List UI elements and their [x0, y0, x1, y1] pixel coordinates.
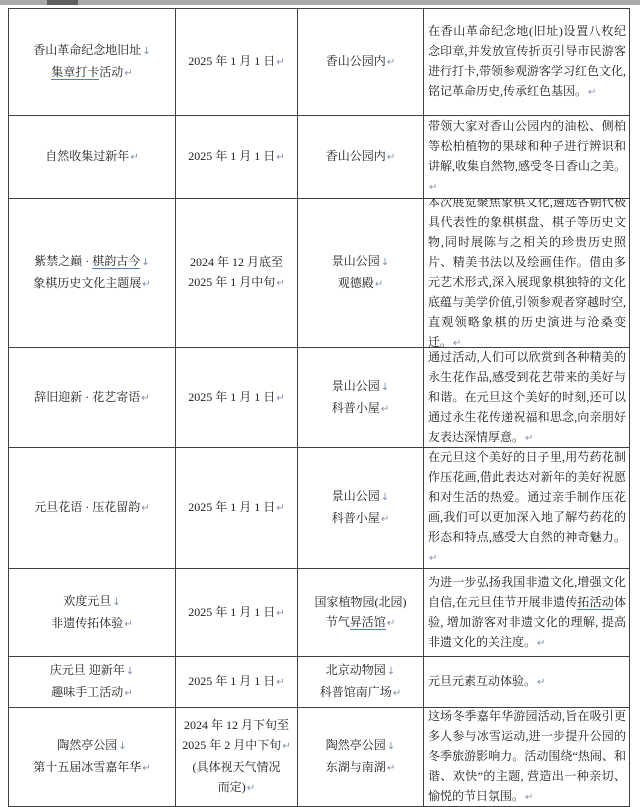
cell-activity: 元旦花语 · 压花留韵↵ [9, 448, 176, 568]
text-run: 带领大家对香山公园内的油松、侧柏等松柏植物的果球和种子进行辨识和讲解,收集自然物… [428, 119, 626, 173]
description-paragraph: 带领大家对香山公园内的油松、侧柏等松柏植物的果球和种子进行辨识和讲解,收集自然物… [428, 116, 626, 198]
text-run: 辞旧迎新 · 花艺寄语 [34, 390, 140, 404]
location-line: 香山公园内↵ [300, 146, 421, 168]
description-paragraph: 在元旦这个美好的日子里,用芍药花制作压花画,借此表达对新年的美好祝愿和对生活的热… [428, 448, 626, 568]
cell-end-mark-icon: ↵ [452, 338, 461, 347]
text-run: 第十五届冰雪嘉年华 [33, 760, 141, 774]
text-run: 观德殿 [338, 276, 374, 290]
text-run: 东湖与南湖 [326, 760, 386, 774]
table-row: 自然收集过新年↵2025 年 1 月 1 日↵香山公园内↵带领大家对香山公园内的… [9, 116, 629, 199]
location-line: 国家植物园(北园) [300, 592, 421, 612]
cell-activity: 辞旧迎新 · 花艺寄语↵ [9, 348, 176, 447]
cell-end-mark-icon: ↵ [123, 619, 132, 630]
text-run: 2024 年 12 月底至 [190, 255, 283, 269]
text-run: 国家植物园(北园) [315, 595, 407, 609]
text-run: 2024 年 12 月下旬至 [184, 718, 289, 732]
cell-end-mark-icon: ↵ [374, 279, 383, 290]
linebreak-mark-icon: ↓ [141, 46, 150, 57]
cell-end-mark-icon: ↵ [141, 279, 150, 290]
cell-activity: 自然收集过新年↵ [9, 116, 176, 198]
location-line: 科普小屋↵ [300, 508, 421, 530]
text-run: 通过活动,人们可以欣赏到各种精美的永生花作品,感受到花艺带来的美好与和谐。在元旦… [428, 350, 626, 444]
linebreak-mark-icon: ↓ [380, 492, 389, 503]
date-line: 2024 年 12 月底至 [178, 252, 295, 272]
text-run: 2025 年 1 月 1 日 [188, 605, 275, 619]
text-run: 科普馆南广场 [320, 685, 392, 699]
cell-date: 2024 年 12 月底至2025 年 1 月中旬↵ [176, 199, 298, 347]
cell-location: 香山公园内↵ [298, 9, 424, 115]
cell-description: 通过活动,人们可以欣赏到各种精美的永生花作品,感受到花艺带来的美好与和谐。在元旦… [424, 348, 629, 447]
cell-activity: 紫禁之巅 · 棋韵古今↓象棋历史文化主题展↵ [9, 199, 176, 347]
cell-end-mark-icon: ↵ [386, 763, 395, 774]
cell-end-mark-icon: ↵ [428, 182, 437, 193]
cell-end-mark-icon: ↵ [587, 87, 596, 98]
activity-line: 香山革命纪念地旧址↓ [11, 40, 173, 62]
text-run: 元旦元素互动体验。 [428, 674, 536, 688]
linebreak-mark-icon: ↓ [140, 257, 149, 268]
text-run: 陶然亭公园 [57, 738, 117, 752]
text-run: 2025 年 1 月中旬 [188, 275, 275, 289]
text-run: 在香山革命纪念地(旧址)设置八枚纪念印章,并发放宣传折页引导市民游客进行打卡,带… [428, 24, 626, 98]
text-run: 这场冬季嘉年华游园活动,旨在吸引更多人参与冰雪运动,进一步提升公园的冬季旅游影响… [428, 709, 626, 803]
cell-date: 2024 年 12 月下旬至2025 年 2 月中下旬↵(具体视天气情况而定)↵ [176, 708, 298, 806]
cell-end-mark-icon: ↵ [246, 783, 255, 794]
linebreak-mark-icon: ↓ [386, 741, 395, 752]
cell-end-mark-icon: ↵ [392, 688, 401, 699]
text-run: 香山革命纪念地旧址 [33, 43, 141, 57]
cell-end-mark-icon: ↵ [386, 57, 395, 68]
cell-description: 带领大家对香山公园内的油松、侧柏等松柏植物的果球和种子进行辨识和讲解,收集自然物… [424, 116, 629, 198]
text-run: 节气 [326, 615, 350, 629]
text-run: 而定) [218, 780, 246, 794]
text-run: 非遗传拓体验 [51, 616, 123, 630]
date-line: 2025 年 1 月 1 日↵ [178, 51, 295, 73]
linebreak-mark-icon: ↓ [111, 597, 120, 608]
text-run: 景山公园 [332, 379, 380, 393]
text-run: 2025 年 1 月 1 日 [188, 500, 275, 514]
cell-end-mark-icon: ↵ [275, 608, 284, 619]
cell-end-mark-icon: ↵ [386, 618, 395, 629]
date-line: 2025 年 1 月 1 日↵ [178, 146, 295, 168]
cell-description: 在元旦这个美好的日子里,用芍药花制作压花画,借此表达对新年的美好祝愿和对生活的热… [424, 448, 629, 568]
cell-description: 在香山革命纪念地(旧址)设置八枚纪念印章,并发放宣传折页引导市民游客进行打卡,带… [424, 9, 629, 115]
text-run: 2025 年 1 月 1 日 [188, 674, 275, 688]
table-row: 陶然亭公园↓第十五届冰雪嘉年华↵2024 年 12 月下旬至2025 年 2 月… [9, 708, 629, 806]
date-line: 2025 年 1 月 1 日↵ [178, 387, 295, 409]
hyperlink[interactable]: 集章打卡 [51, 65, 99, 80]
activity-line: 象棋历史文化主题展↵ [11, 273, 173, 295]
text-run: 香山公园内 [326, 54, 386, 68]
table-row: 紫禁之巅 · 棋韵古今↓象棋历史文化主题展↵2024 年 12 月底至2025 … [9, 199, 629, 348]
table-row: 元旦花语 · 压花留韵↵2025 年 1 月 1 日↵景山公园↓科普小屋↵在元旦… [9, 448, 629, 569]
cell-end-mark-icon: ↵ [536, 638, 545, 649]
activity-line: 陶然亭公园↓ [11, 735, 173, 757]
text-run: 2025 年 1 月 1 日 [188, 390, 275, 404]
location-line: 节气昇活馆↵ [300, 612, 421, 634]
text-run: 活动 [99, 65, 123, 79]
cell-end-mark-icon: ↵ [140, 503, 149, 514]
table-row: 辞旧迎新 · 花艺寄语↵2025 年 1 月 1 日↵景山公园↓科普小屋↵通过活… [9, 348, 629, 448]
location-line: 景山公园↓ [300, 376, 421, 398]
location-line: 景山公园↓ [300, 486, 421, 508]
linebreak-mark-icon: ↓ [380, 382, 389, 393]
page-top-edge [0, 0, 640, 5]
cell-end-mark-icon: ↵ [275, 278, 284, 289]
text-run: 欢度元旦 [63, 594, 111, 608]
cell-end-mark-icon: ↵ [380, 404, 389, 415]
cell-description: 元旦元素互动体验。↵ [424, 657, 629, 707]
linebreak-mark-icon: ↓ [125, 666, 134, 677]
text-run: 元旦花语 · 压花留韵 [34, 500, 140, 514]
hyperlink[interactable]: 棋韵古今 [92, 254, 140, 269]
location-line: 景山公园↓ [300, 251, 421, 273]
text-run: 景山公园 [332, 254, 380, 268]
text-run: 2025 年 2 月中下旬 [182, 738, 281, 752]
events-table: 香山革命纪念地旧址↓集章打卡活动↵2025 年 1 月 1 日↵香山公园内↵在香… [8, 8, 630, 807]
cell-end-mark-icon: ↵ [129, 152, 138, 163]
activity-line: 集章打卡活动↵ [11, 62, 173, 84]
location-line: 观德殿↵ [300, 273, 421, 295]
activity-line: 元旦花语 · 压花留韵↵ [11, 497, 173, 519]
text-run: 香山公园内 [326, 149, 386, 163]
location-line: 香山公园内↵ [300, 51, 421, 73]
text-run: 象棋历史文化主题展 [33, 276, 141, 290]
description-paragraph: 为进一步弘扬我国非遗文化,增强文化自信,在元旦佳节开展非遗传拓活动体验, 增加游… [428, 572, 626, 654]
activity-line: 趣味手工活动↵ [11, 682, 173, 704]
description-paragraph: 元旦元素互动体验。↵ [428, 671, 626, 693]
hyperlink[interactable]: 拓活动 [577, 595, 614, 610]
cell-description: 为进一步弘扬我国非遗文化,增强文化自信,在元旦佳节开展非遗传拓活动体验, 增加游… [424, 569, 629, 656]
text-run: 陶然亭公园 [326, 738, 386, 752]
text-run: 2025 年 1 月 1 日 [188, 149, 275, 163]
description-paragraph: 通过活动,人们可以欣赏到各种精美的永生花作品,感受到花艺带来的美好与和谐。在元旦… [428, 348, 626, 447]
cell-activity: 庆元旦 迎新年↓趣味手工活动↵ [9, 657, 176, 707]
date-line: 2025 年 1 月中旬↵ [178, 272, 295, 294]
text-run: 自然收集过新年 [45, 149, 129, 163]
text-run: 趣味手工活动 [51, 685, 123, 699]
cell-date: 2025 年 1 月 1 日↵ [176, 657, 298, 707]
cell-location: 香山公园内↵ [298, 116, 424, 198]
activity-line: 紫禁之巅 · 棋韵古今↓ [11, 251, 173, 273]
cell-end-mark-icon: ↵ [524, 792, 533, 803]
cell-end-mark-icon: ↵ [386, 152, 395, 163]
linebreak-mark-icon: ↓ [117, 741, 126, 752]
cell-end-mark-icon: ↵ [140, 393, 149, 404]
cell-end-mark-icon: ↵ [428, 553, 437, 564]
text-run: 2025 年 1 月 1 日 [188, 54, 275, 68]
cell-location: 景山公园↓观德殿↵ [298, 199, 424, 347]
cell-date: 2025 年 1 月 1 日↵ [176, 448, 298, 568]
page-top-edge-notch [47, 0, 78, 5]
date-line: 而定)↵ [178, 777, 295, 799]
cell-end-mark-icon: ↵ [123, 688, 132, 699]
linebreak-mark-icon: ↓ [380, 257, 389, 268]
activity-line: 庆元旦 迎新年↓ [11, 660, 173, 682]
cell-end-mark-icon: ↵ [524, 433, 533, 444]
location-line: 东湖与南湖↵ [300, 757, 421, 779]
location-line: 科普小屋↵ [300, 398, 421, 420]
date-line: 2025 年 1 月 1 日↵ [178, 671, 295, 693]
text-run: 科普小屋 [332, 401, 380, 415]
cell-activity: 陶然亭公园↓第十五届冰雪嘉年华↵ [9, 708, 176, 806]
cell-date: 2025 年 1 月 1 日↵ [176, 569, 298, 656]
cell-end-mark-icon: ↵ [123, 68, 132, 79]
location-line: 陶然亭公园↓ [300, 735, 421, 757]
activity-line: 第十五届冰雪嘉年华↵ [11, 757, 173, 779]
cell-location: 北京动物园↓科普馆南广场↵ [298, 657, 424, 707]
hyperlink[interactable]: 昇活馆 [350, 615, 386, 630]
cell-end-mark-icon: ↵ [141, 763, 150, 774]
linebreak-mark-icon: ↓ [386, 666, 395, 677]
text-run: 北京动物园 [326, 663, 386, 677]
text-run: 在元旦这个美好的日子里,用芍药花制作压花画,借此表达对新年的美好祝愿和对生活的热… [428, 450, 626, 544]
table-row: 庆元旦 迎新年↓趣味手工活动↵2025 年 1 月 1 日↵北京动物园↓科普馆南… [9, 657, 629, 708]
cell-end-mark-icon: ↵ [275, 152, 284, 163]
date-line: 2025 年 2 月中下旬↵ [178, 735, 295, 757]
cell-end-mark-icon: ↵ [281, 741, 290, 752]
activity-line: 辞旧迎新 · 花艺寄语↵ [11, 387, 173, 409]
location-line: 科普馆南广场↵ [300, 682, 421, 704]
cell-end-mark-icon: ↵ [275, 503, 284, 514]
cell-activity: 欢度元旦↓非遗传拓体验↵ [9, 569, 176, 656]
date-line: 2024 年 12 月下旬至 [178, 715, 295, 735]
table-row: 欢度元旦↓非遗传拓体验↵2025 年 1 月 1 日↵国家植物园(北园)节气昇活… [9, 569, 629, 657]
table-row: 香山革命纪念地旧址↓集章打卡活动↵2025 年 1 月 1 日↵香山公园内↵在香… [9, 9, 629, 116]
description-paragraph: 在香山革命纪念地(旧址)设置八枚纪念印章,并发放宣传折页引导市民游客进行打卡,带… [428, 21, 626, 103]
cell-location: 景山公园↓科普小屋↵ [298, 348, 424, 447]
location-line: 北京动物园↓ [300, 660, 421, 682]
cell-description: 本次展览聚焦象棋文化,遴选各朝代极具代表性的象棋棋盘、棋子等历史文物,同时展陈与… [424, 199, 629, 347]
text-run: 科普小屋 [332, 511, 380, 525]
cell-end-mark-icon: ↵ [380, 514, 389, 525]
date-line: 2025 年 1 月 1 日↵ [178, 602, 295, 624]
description-paragraph: 这场冬季嘉年华游园活动,旨在吸引更多人参与冰雪运动,进一步提升公园的冬季旅游影响… [428, 708, 626, 806]
text-run: 紫禁之巅 · [34, 254, 92, 268]
text-run: 本次展览聚焦象棋文化,遴选各朝代极具代表性的象棋棋盘、棋子等历史文物,同时展陈与… [428, 199, 626, 347]
cell-date: 2025 年 1 月 1 日↵ [176, 348, 298, 447]
cell-location: 陶然亭公园↓东湖与南湖↵ [298, 708, 424, 806]
cell-date: 2025 年 1 月 1 日↵ [176, 116, 298, 198]
cell-end-mark-icon: ↵ [275, 393, 284, 404]
text-run: (具体视天气情况 [193, 760, 281, 774]
activity-line: 自然收集过新年↵ [11, 146, 173, 168]
cell-location: 景山公园↓科普小屋↵ [298, 448, 424, 568]
cell-date: 2025 年 1 月 1 日↵ [176, 9, 298, 115]
cell-location: 国家植物园(北园)节气昇活馆↵ [298, 569, 424, 656]
activity-line: 欢度元旦↓ [11, 591, 173, 613]
cell-end-mark-icon: ↵ [275, 677, 284, 688]
description-paragraph: 本次展览聚焦象棋文化,遴选各朝代极具代表性的象棋棋盘、棋子等历史文物,同时展陈与… [428, 199, 626, 347]
cell-activity: 香山革命纪念地旧址↓集章打卡活动↵ [9, 9, 176, 115]
cell-end-mark-icon: ↵ [536, 677, 545, 688]
text-run: 庆元旦 迎新年 [50, 663, 125, 677]
cell-end-mark-icon: ↵ [275, 57, 284, 68]
date-line: 2025 年 1 月 1 日↵ [178, 497, 295, 519]
text-run: 景山公园 [332, 489, 380, 503]
date-line: (具体视天气情况 [178, 757, 295, 777]
cell-description: 这场冬季嘉年华游园活动,旨在吸引更多人参与冰雪运动,进一步提升公园的冬季旅游影响… [424, 708, 629, 806]
activity-line: 非遗传拓体验↵ [11, 613, 173, 635]
